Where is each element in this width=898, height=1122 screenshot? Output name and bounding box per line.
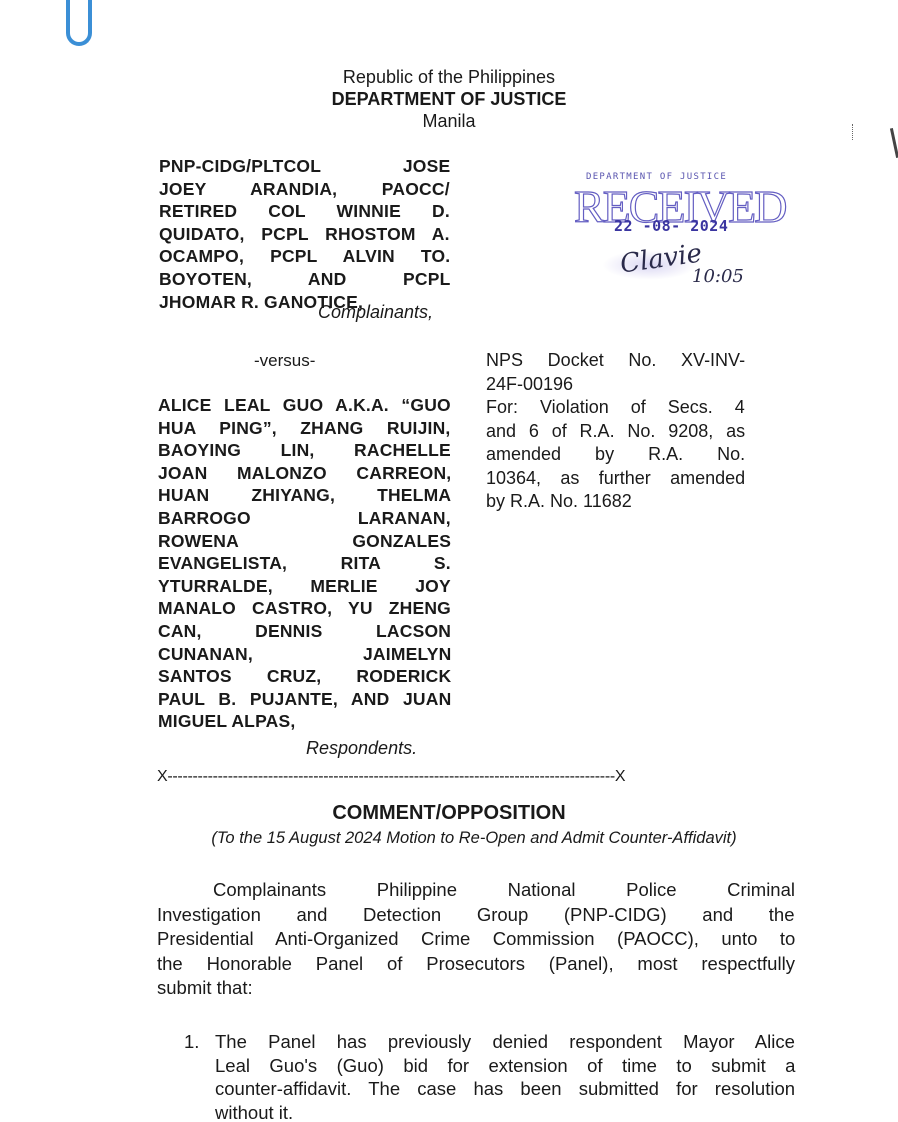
document-header: Republic of the Philippines DEPARTMENT O… — [0, 66, 898, 132]
complainants-block: PNP-CIDG/PLTCOL JOSE JOEY ARANDIA, PAOCC… — [159, 155, 450, 313]
docket-line: by R.A. No. 11682 — [486, 490, 745, 514]
item-number: 1. — [184, 1030, 199, 1054]
respondents-line: BAOYING LIN, RACHELLE — [158, 439, 451, 462]
respondents-line: PAUL B. PUJANTE, AND JUAN — [158, 688, 451, 711]
department-name: DEPARTMENT OF JUSTICE — [0, 88, 898, 110]
respondents-line: HUA PING”, ZHANG RUIJIN, — [158, 417, 451, 440]
document-subtitle: (To the 15 August 2024 Motion to Re-Open… — [0, 829, 898, 848]
paragraph-line: the Honorable Panel of Prosecutors (Pane… — [157, 952, 795, 977]
complainants-line: QUIDATO, PCPL RHOSTOM A. — [159, 223, 450, 246]
paragraph-line: Investigation and Detection Group (PNP-C… — [157, 903, 795, 928]
complainants-line: JOEY ARANDIA, PAOCC/ — [159, 178, 450, 201]
paragraph-line: Presidential Anti-Organized Crime Commis… — [157, 927, 795, 952]
item-line: Leal Guo's (Guo) bid for extension of ti… — [215, 1054, 795, 1078]
docket-line: 24F-00196 — [486, 373, 745, 397]
complainants-line: RETIRED COL WINNIE D. — [159, 200, 450, 223]
paragraph-line: submit that: — [157, 976, 795, 1001]
complainants-role-label: Complainants, — [318, 302, 433, 323]
respondents-role-label: Respondents. — [306, 738, 417, 759]
city-line: Manila — [0, 110, 898, 132]
stamp-date: 22 -08- 2024 — [614, 217, 728, 235]
docket-info: NPS Docket No. XV-INV- 24F-00196 For: Vi… — [486, 349, 745, 514]
stamp-time: 10:05 — [692, 266, 744, 287]
document-title: COMMENT/OPPOSITION — [0, 802, 898, 825]
respondents-line: EVANGELISTA, RITA S. — [158, 552, 451, 575]
complainants-line: BOYOTEN, AND PCPL — [159, 268, 450, 291]
page-edge-mark — [890, 128, 898, 158]
paragraph-line: Complainants Philippine National Police … — [157, 878, 795, 903]
received-stamp: DEPARTMENT OF JUSTICE RECEIVED 22 -08- 2… — [572, 170, 752, 295]
intro-paragraph: Complainants Philippine National Police … — [157, 878, 795, 1001]
item-body: The Panel has previously denied responde… — [215, 1030, 795, 1122]
respondents-line: YTURRALDE, MERLIE JOY — [158, 575, 451, 598]
respondents-line: CAN, DENNIS LACSON — [158, 620, 451, 643]
docket-line: and 6 of R.A. No. 9208, as — [486, 420, 745, 444]
respondents-line: CUNANAN, JAIMELYN — [158, 643, 451, 666]
respondents-line: MIGUEL ALPAS, — [158, 710, 451, 733]
respondents-line: MANALO CASTRO, YU ZHENG — [158, 597, 451, 620]
respondents-line: HUAN ZHIYANG, THELMA — [158, 484, 451, 507]
complainants-line: PNP-CIDG/PLTCOL JOSE — [159, 155, 450, 178]
respondents-line: JOAN MALONZO CARREON, — [158, 462, 451, 485]
paper-clip-icon — [66, 0, 92, 46]
respondents-line: ALICE LEAL GUO A.K.A. “GUO — [158, 394, 451, 417]
respondents-block: ALICE LEAL GUO A.K.A. “GUO HUA PING”, ZH… — [158, 394, 451, 733]
docket-line: For: Violation of Secs. 4 — [486, 396, 745, 420]
docket-line: NPS Docket No. XV-INV- — [486, 349, 745, 373]
respondents-line: ROWENA GONZALES — [158, 530, 451, 553]
respondents-line: BARROGO LARANAN, — [158, 507, 451, 530]
item-line: without it. — [215, 1101, 795, 1122]
versus-label: -versus- — [254, 351, 315, 371]
caption-separator: X---------------------------------------… — [157, 768, 797, 786]
docket-line: 10364, as further amended — [486, 467, 745, 491]
republic-line: Republic of the Philippines — [0, 66, 898, 88]
item-line: The Panel has previously denied responde… — [215, 1030, 795, 1054]
item-line: counter-affidavit. The case has been sub… — [215, 1077, 795, 1101]
docket-line: amended by R.A. No. — [486, 443, 745, 467]
respondents-line: SANTOS CRUZ, RODERICK — [158, 665, 451, 688]
complainants-line: OCAMPO, PCPL ALVIN TO. — [159, 245, 450, 268]
